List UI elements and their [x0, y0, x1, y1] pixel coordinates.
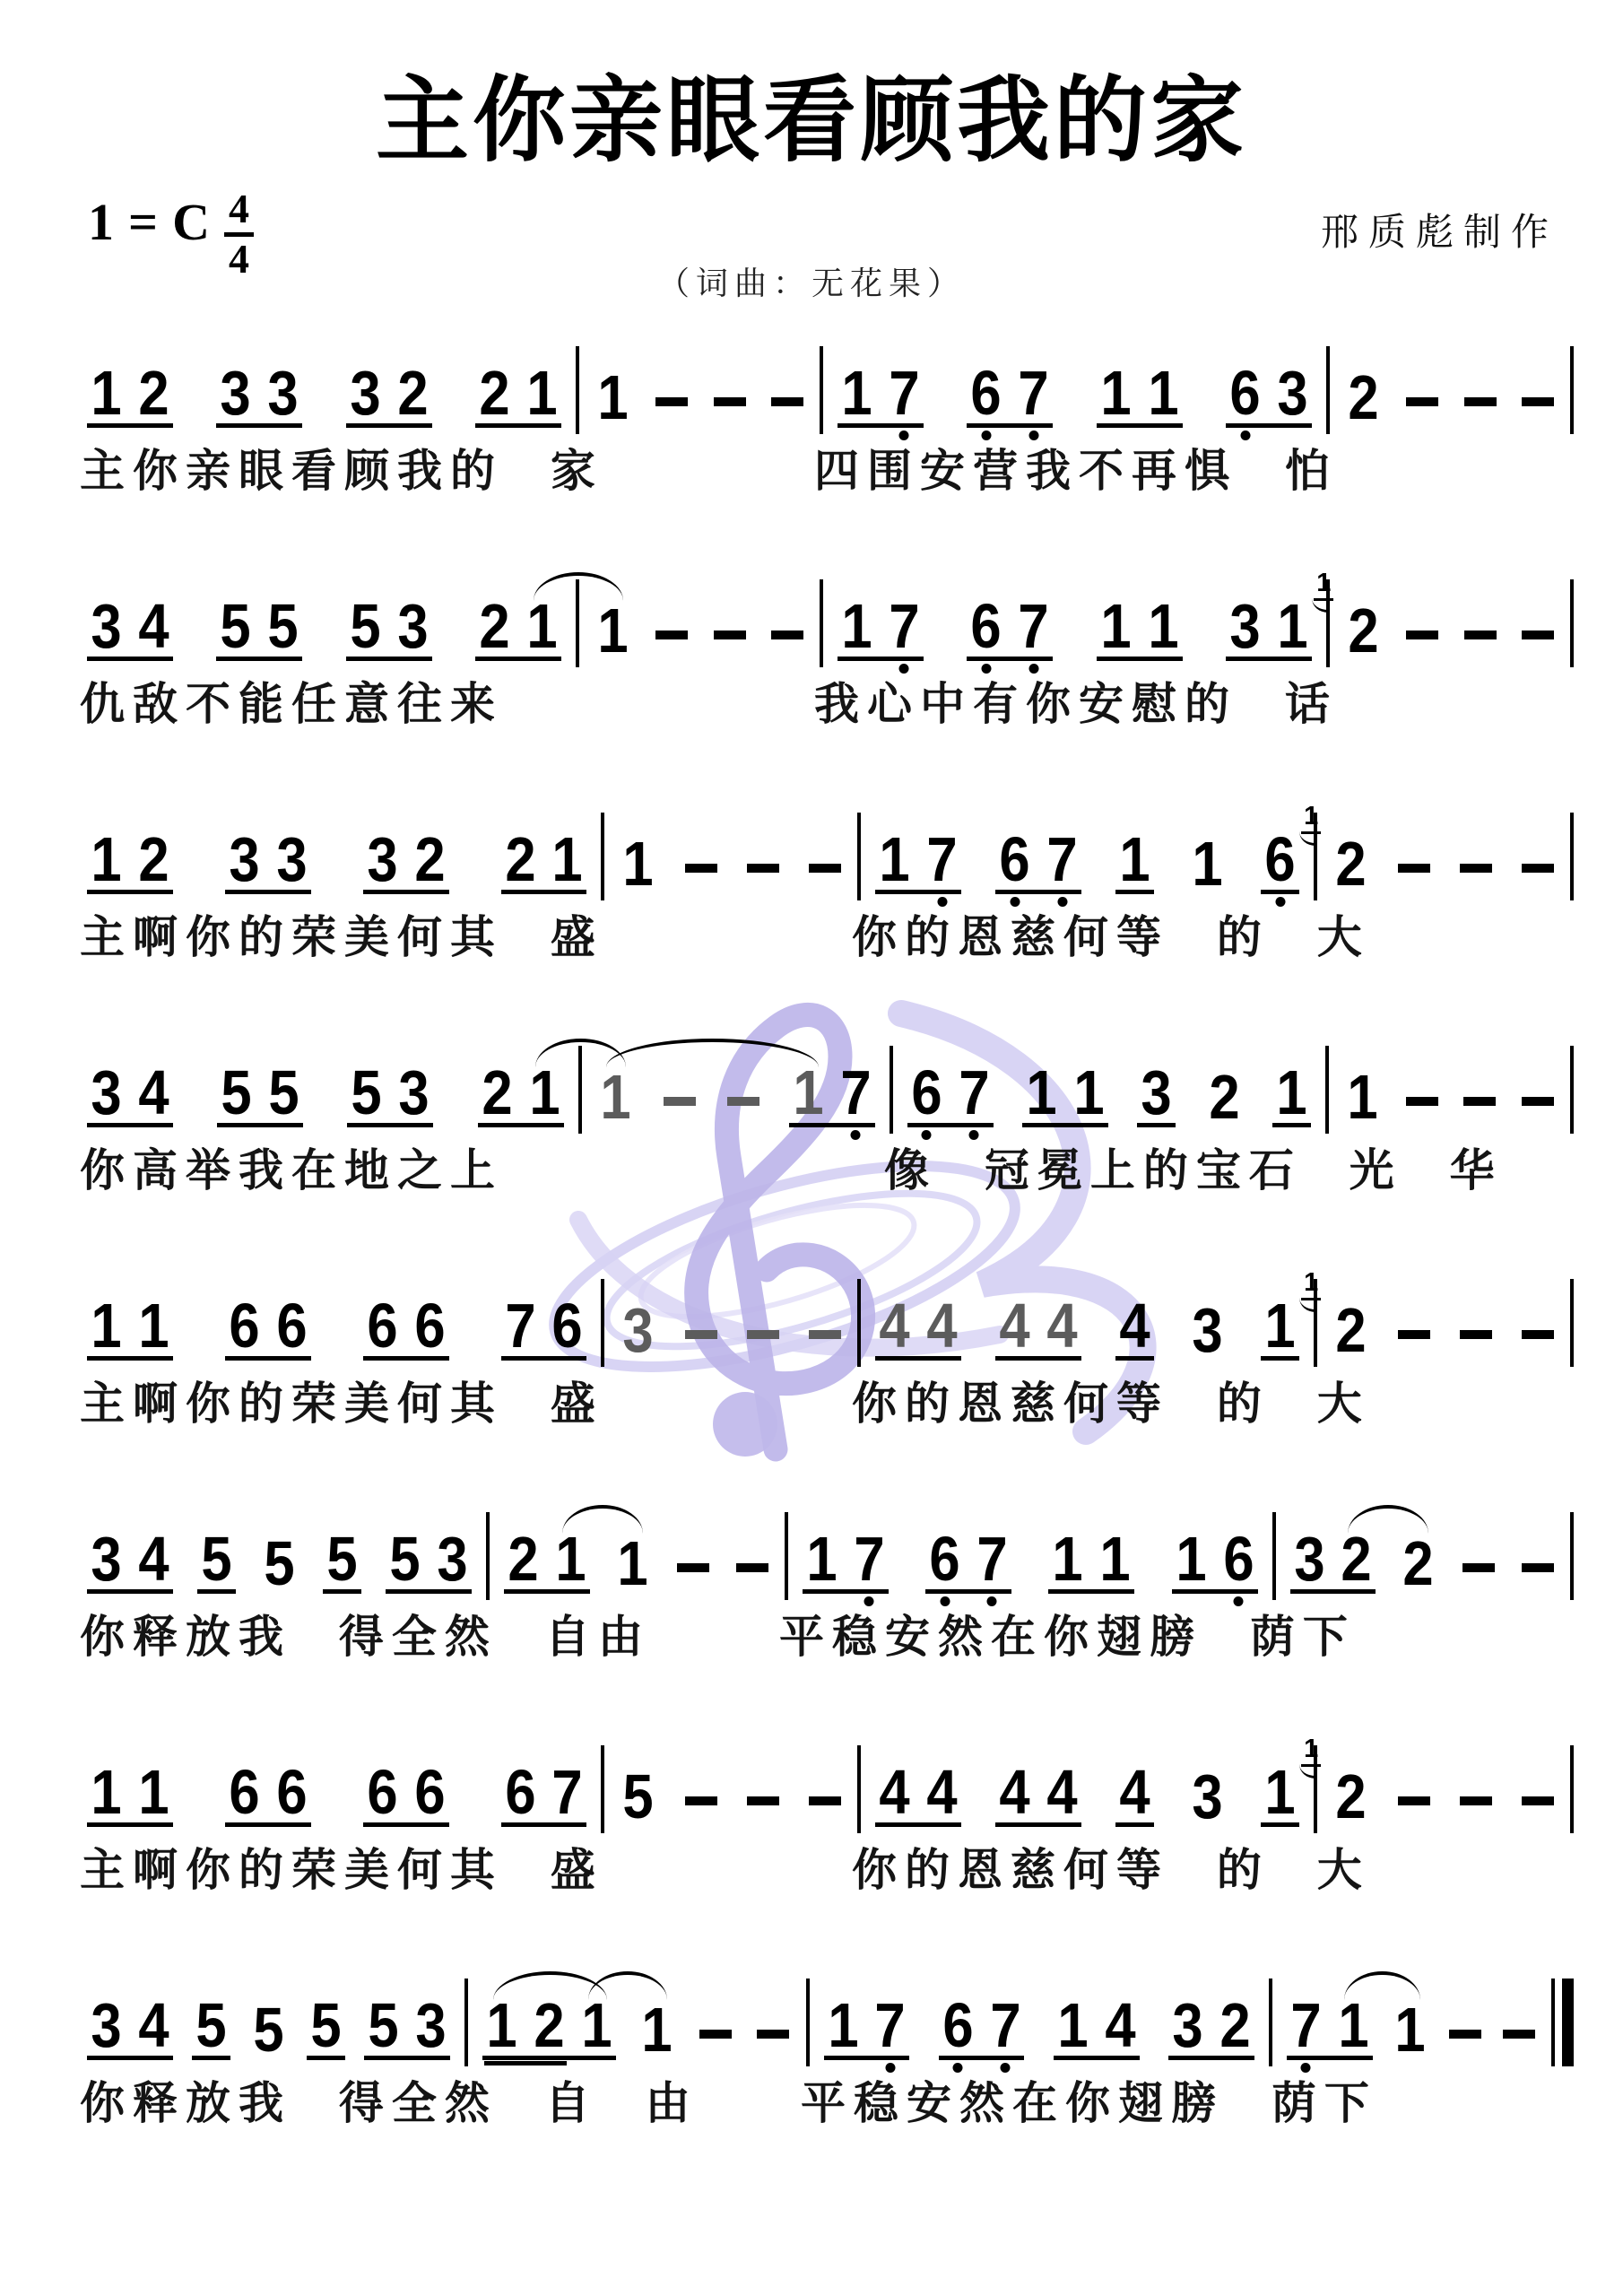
- measure: 34555321: [85, 1068, 578, 1127]
- note-digit: 2: [482, 1068, 512, 1118]
- dash-glyph: [771, 397, 803, 406]
- beam-group: 11: [87, 1301, 173, 1361]
- note-group: [683, 864, 719, 894]
- note-digit: 1: [1278, 602, 1308, 651]
- note: 1: [1117, 835, 1152, 884]
- lyrics-phrase: 四围安营我不再惧 怕: [814, 435, 1338, 500]
- duration-dash: [1460, 1330, 1492, 1355]
- note-digit: 2: [1335, 839, 1366, 889]
- note: 1: [1098, 1535, 1133, 1584]
- dash-glyph: [757, 2030, 789, 2039]
- note-group: [1462, 397, 1498, 428]
- note-digit: 2: [138, 369, 169, 418]
- note: 2: [532, 2001, 567, 2050]
- final-double-barline: [1551, 1979, 1574, 2066]
- note: 2: [395, 369, 430, 418]
- note: 7: [872, 2001, 907, 2050]
- measure: 11666667: [85, 1768, 601, 1827]
- measure: 12: [1317, 1772, 1570, 1827]
- note-digit: 6: [505, 1768, 535, 1817]
- note-group: 1: [638, 2005, 676, 2060]
- measure: 1: [1329, 1073, 1570, 1127]
- duration-dash: [1464, 397, 1497, 422]
- note-group: 1: [613, 1539, 652, 1594]
- note-digit: 1: [556, 1535, 586, 1584]
- note-digit: 2: [480, 602, 510, 651]
- note: 3: [413, 2001, 448, 2050]
- note-digit: 7: [959, 1068, 989, 1118]
- beam-group: 5: [192, 2001, 230, 2060]
- note: 4: [136, 602, 171, 651]
- note: 1: [136, 1768, 171, 1817]
- score: 123332211176711632主你亲眼看顾我的 家四围安营我不再惧 怕34…: [85, 313, 1574, 2179]
- grace-note: 1: [1314, 570, 1333, 601]
- note: 1: [615, 1539, 650, 1588]
- duration-dash: [677, 1563, 709, 1588]
- tie-arc: [562, 1505, 643, 1534]
- dash-glyph: [1398, 864, 1430, 873]
- lyrics-row: 主你亲眼看顾我的 家四围安营我不再惧 怕: [85, 426, 1574, 509]
- note: 1: [804, 1535, 839, 1584]
- barline: [1570, 1046, 1574, 1134]
- sixteenth-subgroup: 12: [484, 2001, 567, 2050]
- note-group: [675, 1563, 711, 1594]
- note-digit: 7: [1290, 2001, 1321, 2050]
- note: 6: [909, 1068, 944, 1118]
- dash-glyph: [1460, 1330, 1492, 1339]
- note: 1: [1263, 1301, 1298, 1351]
- duration-dash: [1522, 1563, 1554, 1588]
- note-digit: 1: [1148, 369, 1178, 418]
- note-digit: 3: [91, 602, 121, 651]
- note-digit: 1: [1100, 602, 1131, 651]
- note-digit: 1: [598, 373, 629, 422]
- note: 7: [887, 602, 922, 651]
- lyrics-phrase: 主啊你的荣美何其 盛: [80, 1368, 603, 1432]
- beam-group: 67: [967, 369, 1053, 428]
- dash-glyph: [714, 397, 746, 406]
- note: 4: [1045, 1301, 1080, 1351]
- note: 1: [877, 835, 912, 884]
- duration-dash: [1406, 397, 1438, 422]
- beam-group: 44: [875, 1301, 961, 1361]
- note: 6: [412, 1768, 447, 1817]
- note: 7: [1045, 835, 1080, 884]
- note-digit: 1: [598, 606, 629, 656]
- note-group: [1520, 631, 1556, 661]
- note: 3: [621, 1306, 655, 1355]
- note: 1: [484, 2001, 519, 2050]
- note-digit: 1: [828, 2001, 858, 2050]
- time-sig-numerator: 4: [224, 188, 254, 237]
- dash-glyph: [1398, 1796, 1430, 1805]
- note: 7: [957, 1068, 992, 1118]
- beam-group: 1: [1115, 835, 1154, 894]
- note-group: 12: [1344, 606, 1383, 661]
- note-digit: 6: [971, 602, 1002, 651]
- note-digit: 6: [1223, 1535, 1254, 1584]
- note: 3: [218, 369, 253, 418]
- note-digit: 2: [1219, 2001, 1250, 2050]
- note: 5: [218, 602, 253, 651]
- note: 5: [265, 602, 300, 651]
- note-group: [1520, 1796, 1556, 1827]
- dash-glyph: [1406, 1097, 1438, 1106]
- note: 5: [387, 1535, 422, 1584]
- note-digit: 4: [138, 1068, 169, 1118]
- duration-dash: [1406, 631, 1438, 656]
- note-digit: 5: [264, 1539, 294, 1588]
- note: 5: [621, 1772, 655, 1822]
- duration-dash: [685, 1330, 717, 1355]
- beam-group: 53: [347, 1068, 433, 1127]
- note-group: 1: [596, 1073, 635, 1127]
- note: 1: [89, 835, 124, 884]
- note-group: [745, 1330, 781, 1361]
- note-digit: 1: [527, 369, 558, 418]
- measure: 3455553: [85, 2001, 464, 2060]
- lyrics-phrase: 主啊你的荣美何其 盛: [80, 901, 603, 966]
- duration-dash: [1522, 397, 1554, 422]
- duration-dash: [664, 1097, 696, 1122]
- grace-note: 1: [1301, 804, 1321, 834]
- note: 5: [366, 2001, 401, 2050]
- dash-glyph: [1449, 2030, 1481, 2039]
- duration-dash: [1522, 1330, 1554, 1355]
- note-digit: 1: [642, 2005, 673, 2055]
- note: 12: [1333, 1306, 1368, 1355]
- lyrics-phrase: 主啊你的荣美何其 盛: [80, 1834, 603, 1899]
- duration-dash: [1464, 631, 1497, 656]
- note: 6: [997, 835, 1032, 884]
- note-group: 1: [594, 606, 632, 661]
- note: 6: [503, 1768, 538, 1817]
- note-digit: 1: [1053, 1535, 1083, 1584]
- note-digit: 2: [1349, 606, 1379, 656]
- duration-dash: [747, 1330, 779, 1355]
- beam-group: 6: [1261, 835, 1299, 894]
- lyrics-row: 主啊你的荣美何其 盛你的恩慈何等 的 大: [85, 1825, 1574, 1908]
- measure: 3455553: [85, 1535, 486, 1594]
- note: 1: [839, 602, 874, 651]
- note-group: [807, 1330, 843, 1361]
- beam-group: 55: [216, 602, 302, 661]
- note-digit: 1: [806, 1535, 837, 1584]
- beam-group: 32: [1290, 1535, 1376, 1594]
- lyrics-phrase: 像 冠冕上的宝石 光 华: [884, 1135, 1503, 1199]
- note-digit: 4: [138, 2001, 169, 2050]
- duration-dash: [809, 1330, 841, 1355]
- duration-dash: [1522, 1796, 1554, 1822]
- note-group: 12: [1332, 839, 1370, 894]
- note-digit: 6: [414, 1301, 445, 1351]
- beam-group: 12: [87, 835, 173, 894]
- score-line-7: 116666675444443112主啊你的荣美何其 盛你的恩慈何等 的 大: [85, 1712, 1574, 1945]
- note-group: [745, 864, 781, 894]
- duration-dash: [809, 1796, 841, 1822]
- beam-group: 21: [478, 1068, 564, 1127]
- note: 1: [1098, 369, 1133, 418]
- note-digit: 1: [1264, 1768, 1295, 1817]
- note-group: [755, 2030, 791, 2060]
- note-digit: 5: [221, 602, 251, 651]
- duration-dash: [714, 631, 746, 656]
- note-group: [1520, 397, 1556, 428]
- note-digit: 3: [91, 2001, 121, 2050]
- lyrics-phrase: 你释放我 得全然 自 由: [80, 2067, 699, 2132]
- note-digit: 1: [880, 835, 910, 884]
- note: 3: [1139, 1068, 1174, 1118]
- note-digit: 3: [229, 835, 259, 884]
- beam-group: 32: [346, 369, 432, 428]
- note-digit: 7: [1019, 369, 1049, 418]
- dash-glyph: [809, 1330, 841, 1339]
- note: 3: [1292, 1535, 1327, 1584]
- measure: 12333221: [85, 369, 576, 428]
- beam-group: 1: [1261, 1301, 1299, 1361]
- beam-group: 76: [501, 1301, 587, 1361]
- note: 1: [826, 2001, 861, 2050]
- note-group: [725, 1097, 761, 1127]
- dash-glyph: [1398, 1330, 1430, 1339]
- note: 1: [1274, 1068, 1309, 1118]
- note-digit: 2: [1349, 373, 1379, 422]
- measure: 12: [1317, 1306, 1570, 1361]
- note-group: 1: [619, 839, 657, 894]
- duration-dash: [1522, 631, 1554, 656]
- note-digit: 3: [91, 1068, 121, 1118]
- note: 6: [1228, 369, 1263, 418]
- note: 7: [852, 1535, 887, 1584]
- note-digit: 7: [889, 369, 919, 418]
- barline: [1570, 813, 1574, 900]
- note: 7: [988, 2001, 1023, 2050]
- notes-row: 3455532111767113112: [85, 546, 1574, 661]
- note-digit: 3: [1193, 1772, 1223, 1822]
- note: 1: [1190, 839, 1225, 889]
- note: 1: [1050, 1535, 1085, 1584]
- note-digit: 6: [911, 1068, 942, 1118]
- note-digit: 1: [1176, 1535, 1206, 1584]
- note-digit: 3: [623, 1306, 654, 1355]
- note-digit: 1: [1148, 602, 1178, 651]
- note-group: 1: [594, 373, 632, 428]
- tie-arc: [606, 1039, 819, 1067]
- note-digit: 3: [416, 2001, 447, 2050]
- note: 3: [1190, 1772, 1225, 1822]
- note: 3: [395, 602, 430, 651]
- measure: 1: [604, 839, 857, 894]
- dash-glyph: [685, 1330, 717, 1339]
- lyrics-phrase: 平稳安然在你翅膀 荫下: [801, 2067, 1377, 2132]
- lyrics-phrase: 仇敌不能任意往来: [80, 668, 503, 733]
- note-group: 5: [249, 2005, 288, 2060]
- dash-glyph: [1522, 1330, 1554, 1339]
- note-digit: 1: [1394, 2005, 1425, 2055]
- note: 3: [435, 1535, 470, 1584]
- score-line-5: 116666763444443112主啊你的荣美何其 盛你的恩慈何等 的 大: [85, 1246, 1574, 1479]
- note: 1: [595, 373, 630, 422]
- note-digit: 3: [221, 369, 251, 418]
- note-digit: 1: [529, 1068, 560, 1118]
- note-digit: 1: [91, 1301, 121, 1351]
- note: 1: [525, 602, 560, 651]
- note-digit: 1: [1347, 1073, 1377, 1122]
- note-digit: 3: [367, 835, 397, 884]
- note: 5: [219, 1068, 254, 1118]
- note-group: 5: [260, 1539, 299, 1594]
- note: 1: [1055, 2001, 1090, 2050]
- note-group: [1520, 1097, 1556, 1127]
- note: 2: [503, 835, 538, 884]
- beam-group: 44: [875, 1768, 961, 1827]
- song-title: 主你亲眼看顾我的家: [0, 70, 1623, 172]
- note: 4: [1117, 1301, 1152, 1351]
- measure: 3: [604, 1306, 857, 1361]
- measure: 12: [1330, 606, 1570, 661]
- note-group: [734, 1563, 770, 1594]
- note-digit: 5: [221, 1068, 252, 1118]
- note: 2: [477, 602, 512, 651]
- note: 6: [968, 602, 1003, 651]
- duration-dash: [736, 1563, 768, 1588]
- measure: 1: [579, 373, 820, 428]
- note-digit: 1: [841, 369, 872, 418]
- note-digit: 1: [527, 602, 558, 651]
- note-digit: 7: [990, 2001, 1020, 2050]
- beam-group: 34: [87, 2001, 173, 2060]
- beam-group: 11: [87, 1768, 173, 1827]
- sheet-music-page: 主你亲眼看顾我的家 1=C 4 4 邢质彪制作 （词曲：无花果） 1233322…: [0, 0, 1623, 2296]
- note: 3: [89, 1535, 124, 1584]
- note-digit: 3: [438, 1535, 468, 1584]
- note: 4: [924, 1768, 959, 1817]
- note: 5: [348, 602, 383, 651]
- note-digit: 5: [268, 602, 299, 651]
- note: 4: [1103, 2001, 1138, 2050]
- note: 6: [227, 1301, 262, 1351]
- measure: 711: [1272, 2001, 1551, 2060]
- note: 6: [1221, 1535, 1256, 1584]
- note-digit: 5: [327, 1535, 358, 1584]
- note: 2: [136, 835, 171, 884]
- note-digit: 5: [195, 2001, 226, 2050]
- dash-glyph: [1462, 1563, 1495, 1572]
- lyrics-phrase: 你释放我 得全然 自由: [80, 1601, 651, 1665]
- note-digit: 7: [1047, 835, 1078, 884]
- beam-group: 1: [1261, 1768, 1299, 1827]
- note-digit: 1: [1100, 1535, 1131, 1584]
- tie-arc: [1348, 1505, 1428, 1534]
- note-group: [1520, 864, 1556, 894]
- note: 1: [1345, 1073, 1380, 1122]
- dash-glyph: [771, 631, 803, 639]
- dash-glyph: [1406, 631, 1438, 639]
- note-digit: 6: [552, 1301, 583, 1351]
- beam-group: 44: [995, 1768, 1081, 1827]
- note: 1: [1275, 602, 1310, 651]
- dash-glyph: [747, 1330, 779, 1339]
- note-digit: 5: [350, 602, 380, 651]
- duration-dash: [1522, 864, 1554, 889]
- duration-dash: [685, 864, 717, 889]
- note: 6: [227, 1768, 262, 1817]
- note-group: [654, 397, 690, 428]
- measure: 322: [1276, 1535, 1570, 1594]
- note: 12: [1346, 606, 1381, 656]
- note-group: [1458, 1330, 1494, 1361]
- note: 12: [1333, 839, 1368, 889]
- beam-group: 67: [925, 1535, 1011, 1594]
- note-group: [1447, 2030, 1483, 2060]
- note: 3: [365, 835, 400, 884]
- note-digit: 1: [1120, 835, 1150, 884]
- dash-glyph: [1406, 397, 1438, 406]
- note: 1: [89, 1301, 124, 1351]
- note: 1: [579, 2001, 614, 2050]
- note-digit: 1: [487, 2001, 517, 2050]
- beam-group: 4: [1115, 1301, 1154, 1361]
- dash-glyph: [1522, 631, 1554, 639]
- note-digit: 4: [1000, 1301, 1030, 1351]
- note: 3: [348, 369, 383, 418]
- note-digit: 6: [971, 369, 1002, 418]
- note: 6: [968, 369, 1003, 418]
- note: 5: [325, 1535, 360, 1584]
- note-group: [1520, 1563, 1556, 1594]
- note: 1: [621, 839, 655, 889]
- beam-group: 63: [1226, 369, 1312, 428]
- lyrics-phrase: 我心中有你安慰的 话: [814, 668, 1338, 733]
- note-digit: 1: [581, 2001, 612, 2050]
- note-digit: 6: [229, 1301, 259, 1351]
- duration-dash: [1449, 2030, 1481, 2055]
- note: 7: [1016, 369, 1051, 418]
- note-digit: 2: [1335, 1772, 1366, 1822]
- lyrics-row: 主啊你的荣美何其 盛你的恩慈何等 的 大: [85, 1359, 1574, 1441]
- note: 1: [553, 1535, 588, 1584]
- dash-glyph: [699, 2030, 732, 2039]
- note-digit: 4: [138, 1535, 169, 1584]
- note-digit: 6: [367, 1768, 397, 1817]
- grace-note: 1: [1301, 1270, 1321, 1300]
- score-line-8: 3455553121117671432711你释放我 得全然 自 由平稳安然在你…: [85, 1945, 1574, 2179]
- note: 6: [365, 1301, 400, 1351]
- score-line-6: 345555321117671116322你释放我 得全然 自由平稳安然在你翅膀…: [85, 1479, 1574, 1712]
- note-digit: 1: [617, 1539, 647, 1588]
- measure: 12333221: [85, 835, 601, 894]
- note-digit: 2: [480, 369, 510, 418]
- note-digit: 2: [1341, 1535, 1372, 1584]
- beam-group: 17: [838, 369, 924, 428]
- note: 1: [595, 606, 630, 656]
- measure: 11666676: [85, 1301, 601, 1361]
- note: 1: [527, 1068, 562, 1118]
- note: 5: [251, 2005, 286, 2055]
- note-group: [654, 631, 690, 661]
- lyrics-phrase: 你的恩慈何等 的 大: [852, 1834, 1370, 1899]
- note-digit: 7: [1019, 602, 1049, 651]
- beam-group: 31: [1226, 602, 1312, 661]
- note: 1: [1146, 602, 1181, 651]
- lyrics-row: 你释放我 得全然 自 由平稳安然在你翅膀 荫下: [85, 2058, 1574, 2141]
- beam-group: 66: [363, 1301, 449, 1361]
- note: 2: [412, 835, 447, 884]
- note: 4: [877, 1301, 912, 1351]
- measure: 5: [604, 1772, 857, 1827]
- note: 3: [274, 835, 309, 884]
- note-digit: 5: [390, 1535, 421, 1584]
